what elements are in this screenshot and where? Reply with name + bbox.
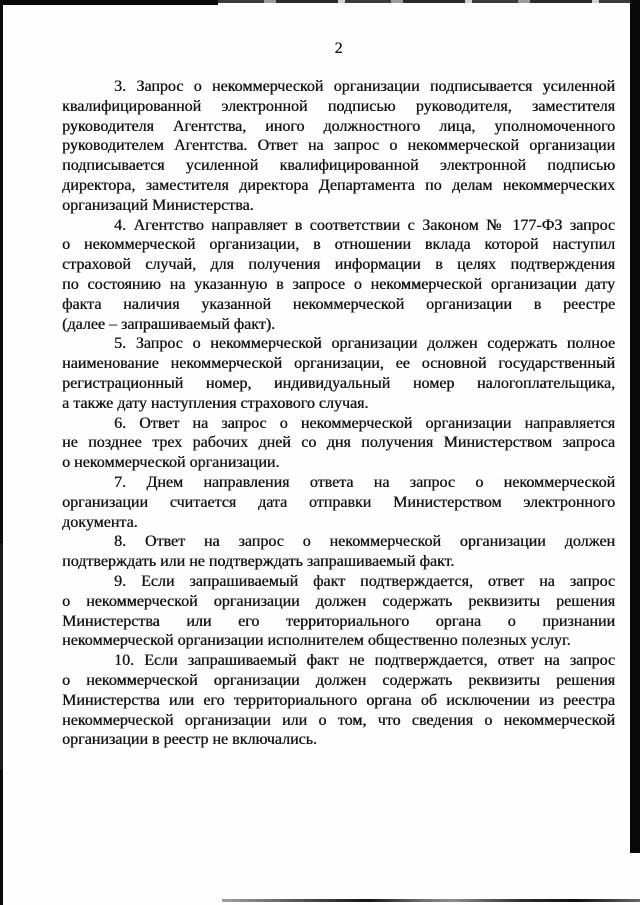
page-number: 2 bbox=[62, 39, 615, 59]
text-line: о некоммерческой организации должен соде… bbox=[62, 671, 615, 691]
text-line: по состоянию на указанную в запросе о не… bbox=[62, 275, 615, 295]
text-line: документа. bbox=[62, 513, 615, 533]
text-line: руководителя Агентства, иного должностно… bbox=[62, 117, 615, 137]
scan-border-right bbox=[630, 0, 640, 853]
text-line: квалифицированной электронной подписью р… bbox=[62, 97, 615, 117]
paragraph: 3. Запрос о некоммерческой организации п… bbox=[62, 77, 615, 216]
text-line: Министерства или его территориального ор… bbox=[62, 691, 615, 711]
text-line: о некоммерческой организации, в отношени… bbox=[62, 235, 615, 255]
text-line: директора, заместителя директора Департа… bbox=[62, 176, 615, 196]
text-line: 5. Запрос о некоммерческой организации д… bbox=[62, 334, 615, 354]
text-line: о некоммерческой организации. bbox=[62, 453, 615, 473]
document-body: 3. Запрос о некоммерческой организации п… bbox=[62, 77, 615, 750]
text-line: а также дату наступления страхового случ… bbox=[62, 394, 615, 414]
paragraph: 4. Агентство направляет в соответствии с… bbox=[62, 216, 615, 335]
text-line: 8. Ответ на запрос о некоммерческой орга… bbox=[62, 532, 615, 552]
paragraph: 7. Днем направления ответа на запрос о н… bbox=[62, 473, 615, 532]
text-line: организации считается дата отправки Мини… bbox=[62, 493, 615, 513]
text-line: организации в реестр не включались. bbox=[62, 730, 615, 750]
text-line: организаций Министерства. bbox=[62, 196, 615, 216]
text-line: страховой случай, для получения информац… bbox=[62, 255, 615, 275]
paragraph: 9. Если запрашиваемый факт подтверждаетс… bbox=[62, 572, 615, 651]
document-page: 2 3. Запрос о некоммерческой организации… bbox=[0, 0, 640, 905]
scan-border-top-thin bbox=[218, 0, 640, 3]
text-line: 10. Если запрашиваемый факт не подтвержд… bbox=[62, 651, 615, 671]
text-line: наименование некоммерческой организации,… bbox=[62, 354, 615, 374]
scan-border-left bbox=[0, 0, 3, 905]
text-line: 6. Ответ на запрос о некоммерческой орга… bbox=[62, 414, 615, 434]
paragraph: 10. Если запрашиваемый факт не подтвержд… bbox=[62, 651, 615, 750]
page-content: 2 3. Запрос о некоммерческой организации… bbox=[62, 39, 615, 750]
paragraph: 6. Ответ на запрос о некоммерческой орга… bbox=[62, 414, 615, 473]
text-line: подписывается усиленной квалифицированно… bbox=[62, 156, 615, 176]
scan-border-top bbox=[0, 0, 218, 5]
paragraph: 8. Ответ на запрос о некоммерческой орга… bbox=[62, 532, 615, 572]
text-line: не позднее трех рабочих дней со дня полу… bbox=[62, 433, 615, 453]
text-line: о некоммерческой организации должен соде… bbox=[62, 592, 615, 612]
text-line: Министерства или его территориального ор… bbox=[62, 612, 615, 632]
text-line: (далее – запрашиваемый факт). bbox=[62, 315, 615, 335]
scan-border-bottom bbox=[222, 899, 640, 902]
text-line: 3. Запрос о некоммерческой организации п… bbox=[62, 77, 615, 97]
text-line: некоммерческой организации исполнителем … bbox=[62, 631, 615, 651]
paragraph: 5. Запрос о некоммерческой организации д… bbox=[62, 334, 615, 413]
text-line: руководителем Агентства. Ответ на запрос… bbox=[62, 136, 615, 156]
text-line: 4. Агентство направляет в соответствии с… bbox=[62, 216, 615, 236]
text-line: 9. Если запрашиваемый факт подтверждаетс… bbox=[62, 572, 615, 592]
text-line: факта наличия указанной некоммерческой о… bbox=[62, 295, 615, 315]
text-line: подтверждать или не подтверждать запраши… bbox=[62, 552, 615, 572]
text-line: 7. Днем направления ответа на запрос о н… bbox=[62, 473, 615, 493]
text-line: некоммерческой организации или о том, чт… bbox=[62, 711, 615, 731]
text-line: регистрационный номер, индивидуальный но… bbox=[62, 374, 615, 394]
